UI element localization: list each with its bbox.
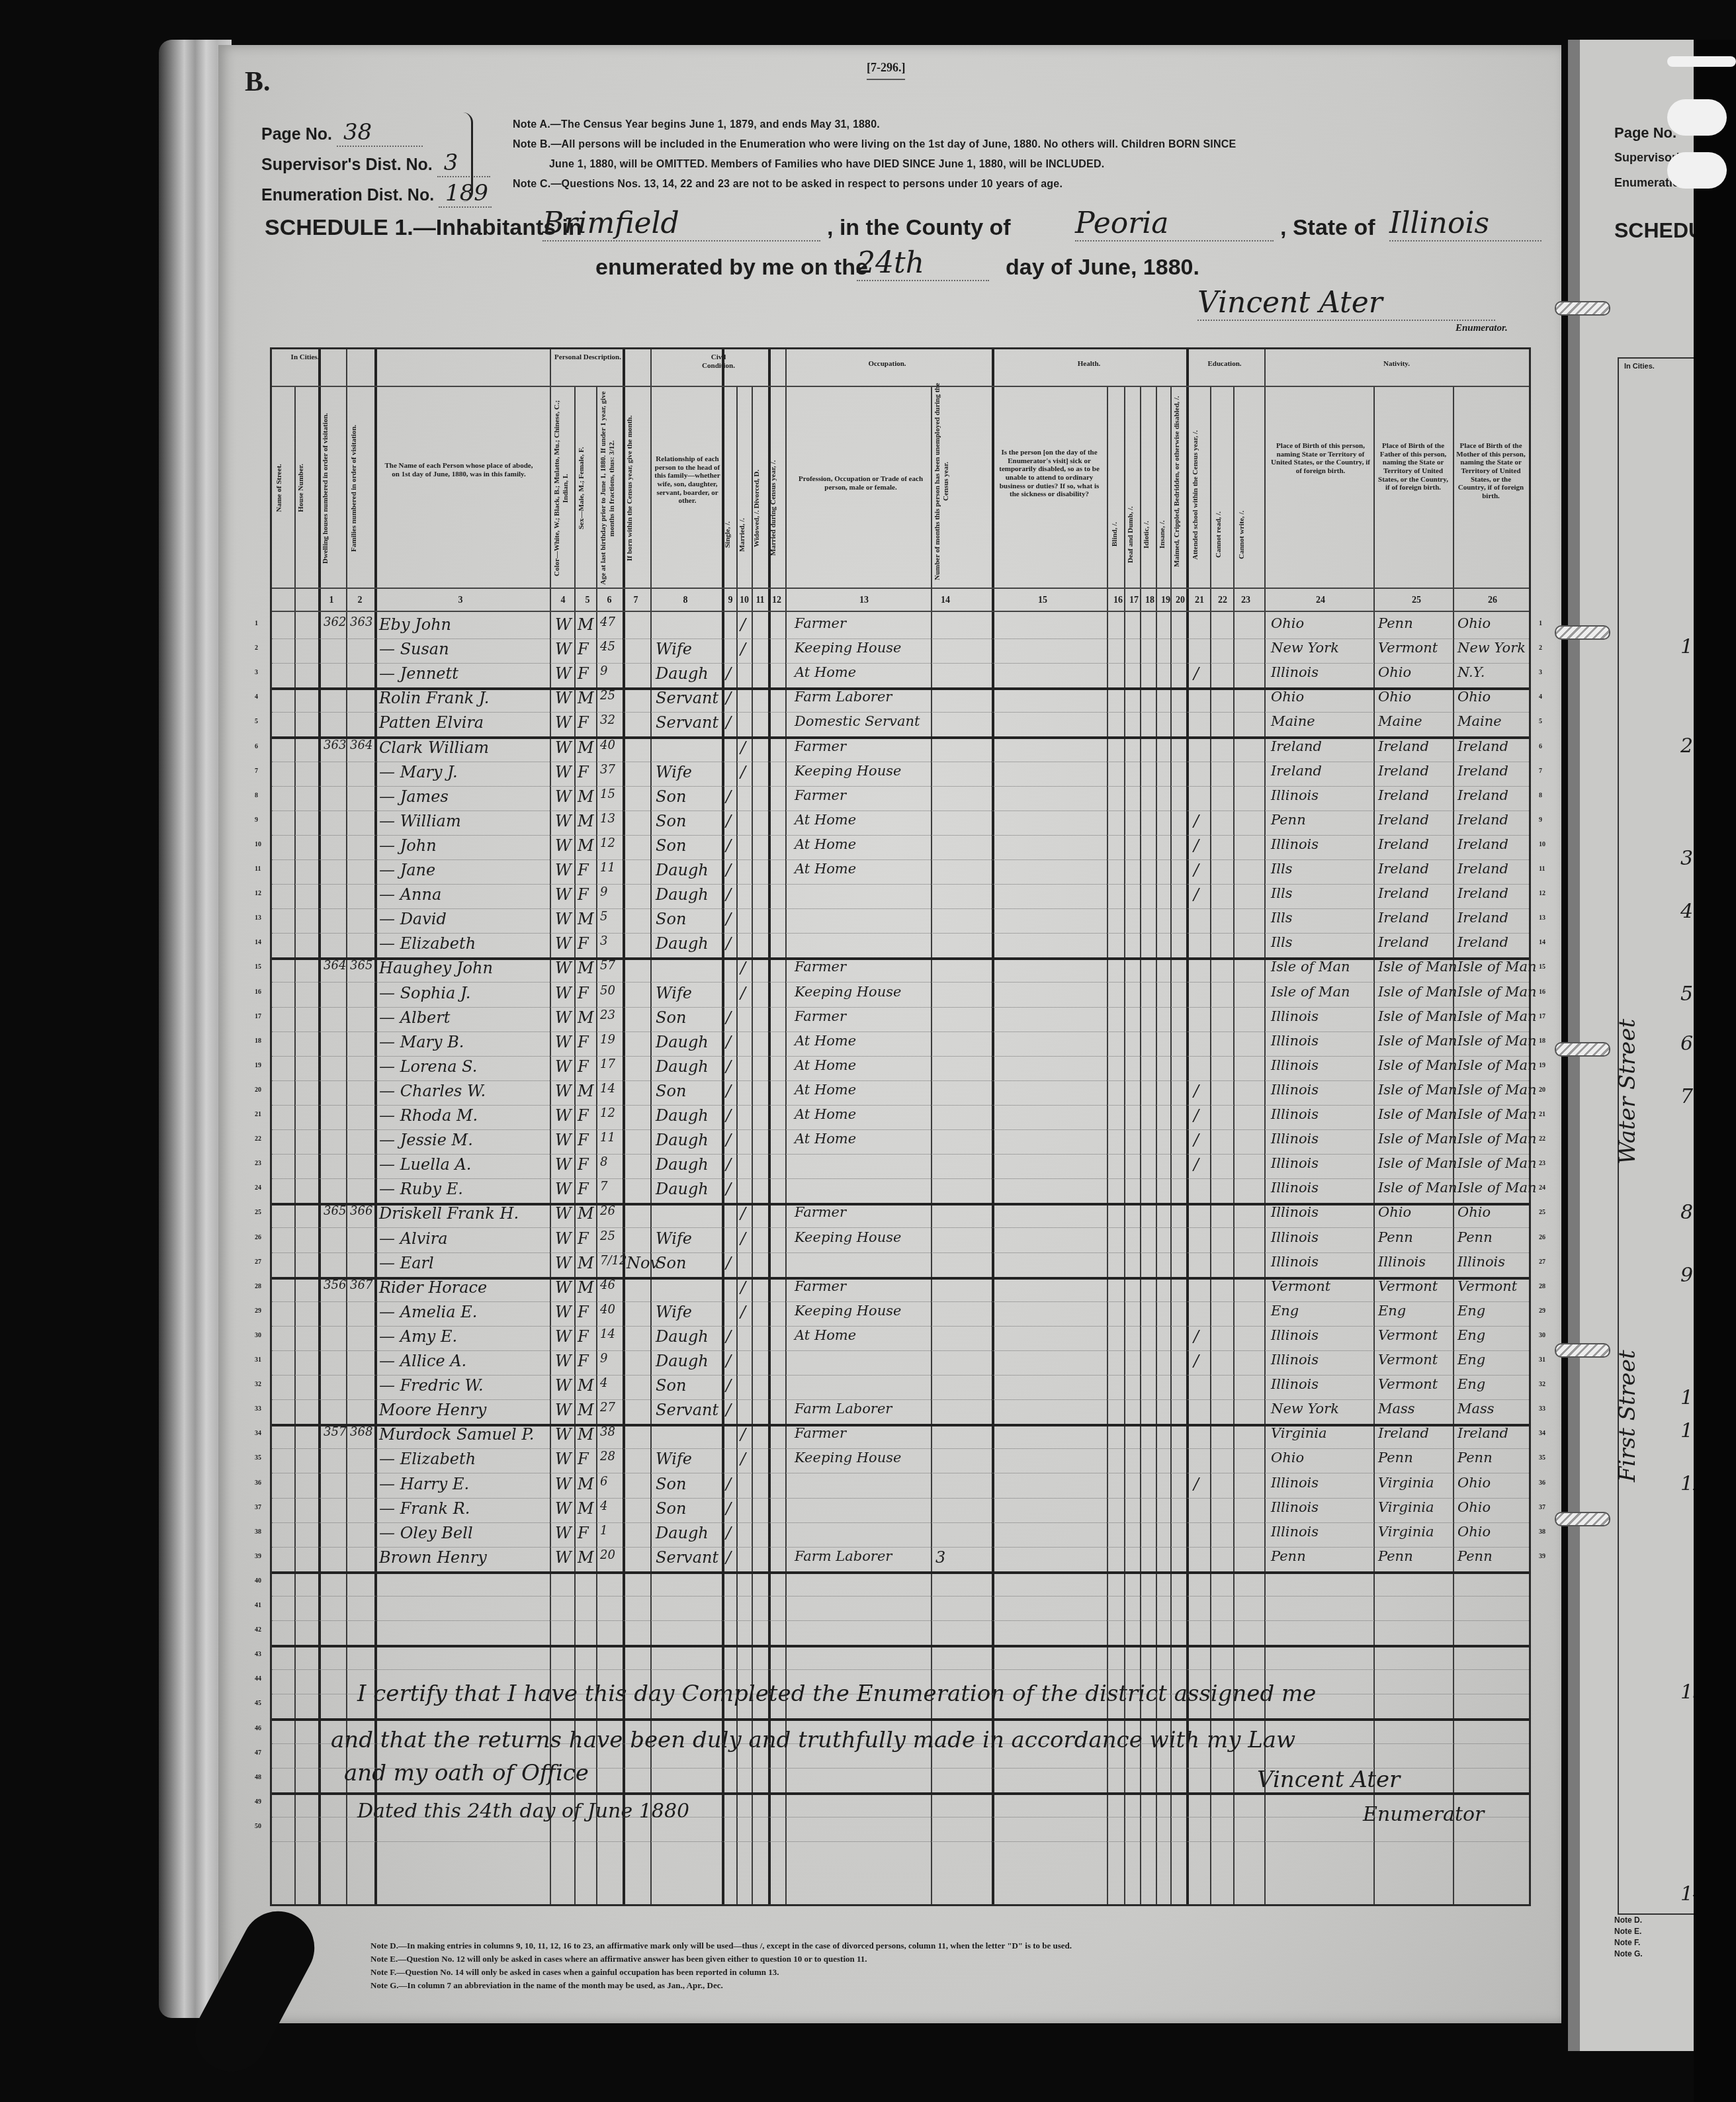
cell-single: /	[726, 1155, 731, 1174]
cell-father: Ireland	[1378, 738, 1429, 754]
cell-mother: Illinois	[1457, 1254, 1505, 1270]
cell-age: 50	[600, 984, 615, 998]
cell-family: 368	[350, 1425, 372, 1439]
cell-color: W	[555, 1548, 572, 1567]
line-number-right: 29	[1539, 1307, 1545, 1315]
cell-mother: Ohio	[1457, 1524, 1491, 1540]
cell-birth: Illinois	[1271, 1057, 1319, 1073]
cell-mother: Ireland	[1457, 787, 1508, 803]
col-blind: Blind, /.	[1111, 482, 1124, 588]
col-age: Age at last birthday prior to June 1, 18…	[599, 389, 619, 588]
line-number: 1	[255, 620, 258, 627]
cell-birth: Ills	[1271, 861, 1293, 877]
cell-color: W	[555, 1155, 572, 1174]
cell-mother: Maine	[1457, 713, 1502, 729]
colnum-7: 7	[626, 595, 646, 606]
table-row: 2323— Luella A.WF8Daugh//IllinoisIsle of…	[272, 1154, 1529, 1178]
line-number: 23	[255, 1160, 261, 1167]
cell-mother: Ireland	[1457, 885, 1508, 901]
cell-age: 3	[600, 934, 607, 948]
cell-color: W	[555, 910, 572, 928]
colnum-17: 17	[1127, 595, 1141, 606]
cell-birth: Illinois	[1271, 1254, 1319, 1270]
colnum-11: 11	[753, 595, 767, 606]
line-number-right: 22	[1539, 1135, 1545, 1143]
cell-sex: M	[578, 787, 594, 806]
cell-birth: Eng	[1271, 1303, 1299, 1319]
cell-married: /	[740, 1303, 746, 1321]
table-row: 1111— JaneWF11Daugh/At Home/IllsIrelandI…	[272, 859, 1529, 884]
cell-single: /	[726, 1401, 731, 1419]
cell-birth: Isle of Man	[1271, 984, 1350, 1000]
group-in-cities: In Cities.	[272, 353, 338, 362]
cell-mother: N.Y.	[1457, 664, 1485, 680]
line-number-right: 39	[1539, 1553, 1545, 1560]
cell-age: 14	[600, 1327, 615, 1341]
cell-father: Ireland	[1378, 812, 1429, 828]
cell-single: /	[726, 1475, 731, 1493]
colnum-16: 16	[1111, 595, 1125, 606]
cell-relation: Wife	[656, 1450, 692, 1468]
cell-father: Isle of Man	[1378, 1082, 1457, 1098]
col-birth-month: If born within the Census year, give the…	[626, 389, 646, 588]
cell-age: 4	[600, 1499, 607, 1513]
cell-name: — Mary B.	[379, 1033, 464, 1051]
cell-married: /	[740, 1425, 746, 1444]
table-row: 2424— Ruby E.WF7Daugh/IllinoisIsle of Ma…	[272, 1178, 1529, 1203]
page-number-field: Page No. 38	[261, 119, 423, 147]
cell-age: 19	[600, 1033, 615, 1047]
cell-occupation: At Home	[795, 836, 856, 852]
group-personal: Personal Description.	[553, 353, 623, 362]
enumerator-signature: Vincent Ater	[1197, 286, 1495, 321]
line-number: 3	[255, 669, 258, 676]
line-number-right: 18	[1539, 1037, 1545, 1045]
footnote-d: Note D.—In making entries in columns 9, …	[370, 1941, 1072, 1951]
group-civil: Civil Condition.	[695, 353, 742, 370]
line-number: 29	[255, 1307, 261, 1315]
cell-relation: Servant	[656, 689, 718, 707]
enum-dist-label: Enumeration Dist. No.	[261, 186, 434, 204]
cell-relation: Son	[656, 1082, 686, 1100]
cell-name: — Elizabeth	[379, 934, 476, 953]
cell-name: — James	[379, 787, 449, 806]
cell-name: — Jennett	[379, 664, 458, 683]
cell-sex: F	[578, 664, 589, 683]
col-married: Married, /.	[738, 482, 752, 588]
cell-relation: Daugh	[656, 1327, 709, 1346]
cell-color: W	[555, 1278, 572, 1297]
cell-age: 14	[600, 1082, 615, 1096]
line-number: 31	[255, 1356, 261, 1364]
cell-color: W	[555, 836, 572, 855]
cell-mother: Isle of Man	[1457, 1180, 1537, 1196]
cell-age: 9	[600, 1352, 607, 1366]
colnum-12: 12	[769, 595, 784, 606]
cell-relation: Wife	[656, 1303, 692, 1321]
cell-age: 11	[600, 861, 615, 875]
cell-occupation: Farmer	[795, 1425, 846, 1441]
cell-mother: Mass	[1457, 1401, 1495, 1417]
footnote-g: Note G.—In column 7 an abbreviation in t…	[370, 1980, 723, 1991]
cell-family: 366	[350, 1204, 372, 1218]
cell-birth: Ireland	[1271, 763, 1322, 779]
cell-married: /	[740, 1278, 746, 1297]
facing-dwelling-number: 8	[1680, 1201, 1693, 1224]
cell-sex: M	[578, 1204, 594, 1223]
cell-sex: F	[578, 861, 589, 879]
cell-occupation: Farmer	[795, 1008, 846, 1024]
cell-birth: Illinois	[1271, 1499, 1319, 1515]
section-letter: B.	[245, 66, 271, 98]
cell-color: W	[555, 1303, 572, 1321]
facing-in-cities: In Cities.	[1624, 363, 1655, 371]
table-row: 2222— Jessie M.WF11Daugh/At Home/Illinoi…	[272, 1129, 1529, 1154]
empty-row: 43	[272, 1645, 1529, 1669]
cell-name: — Susan	[379, 640, 449, 658]
line-number-right: 32	[1539, 1381, 1545, 1388]
county-field: Peoria	[1075, 206, 1274, 241]
cell-color: W	[555, 787, 572, 806]
cell-mother: Ireland	[1457, 910, 1508, 926]
binder-ring	[1555, 625, 1610, 640]
cell-sex: F	[578, 934, 589, 953]
cell-name: — Rhoda M.	[379, 1106, 478, 1125]
cell-age: 37	[600, 763, 615, 777]
supervisor-district-field: Supervisor's Dist. No. 3	[261, 150, 490, 177]
table-row: 1414— ElizabethWF3Daugh/IllsIrelandIrela…	[272, 933, 1529, 957]
cell-occupation: Keeping House	[795, 984, 901, 1000]
cell-color: W	[555, 1475, 572, 1493]
cell-relation: Son	[656, 910, 686, 928]
cell-age: 6	[600, 1475, 607, 1489]
cell-birth: New York	[1271, 640, 1339, 656]
cell-relation: Son	[656, 836, 686, 855]
cell-birth: Vermont	[1271, 1278, 1330, 1294]
line-number-right: 37	[1539, 1504, 1545, 1511]
cell-mother: Isle of Man	[1457, 1131, 1537, 1147]
certification-title: Enumerator	[1363, 1803, 1484, 1826]
cell-relation: Daugh	[656, 1352, 709, 1370]
line-number: 48	[255, 1774, 261, 1781]
cell-single: /	[726, 910, 731, 928]
line-number: 16	[255, 988, 261, 996]
state-label: , State of	[1280, 215, 1375, 241]
line-number: 33	[255, 1405, 261, 1413]
cell-name: — Albert	[379, 1008, 450, 1027]
cell-single: /	[726, 1008, 731, 1027]
cell-color: W	[555, 1425, 572, 1444]
line-number: 46	[255, 1725, 261, 1732]
line-number-right: 2	[1539, 644, 1542, 652]
col-house: House Number.	[297, 389, 316, 588]
facing-dwelling-number: 4	[1680, 900, 1693, 923]
colnum-10: 10	[737, 595, 752, 606]
col-idiotic: Idiotic, /.	[1143, 482, 1156, 588]
cell-birth: Penn	[1271, 812, 1306, 828]
cell-single: /	[726, 1033, 731, 1051]
cell-mother: Ireland	[1457, 934, 1508, 950]
line-number-right: 13	[1539, 914, 1545, 922]
cell-mother: Penn	[1457, 1450, 1493, 1466]
table-row: 11362363Eby JohnWM47/FarmerOhioPennOhio	[272, 614, 1529, 638]
table-row: 1313— DavidWM5Son/IllsIrelandIreland	[272, 908, 1529, 933]
cell-occupation: Farm Laborer	[795, 1548, 892, 1564]
cell-mother: Ohio	[1457, 1204, 1491, 1220]
cell-color: W	[555, 1033, 572, 1051]
cell-occupation: Farmer	[795, 787, 846, 803]
cell-married: /	[740, 615, 746, 634]
cell-occupation: At Home	[795, 1033, 856, 1049]
cell-name: — William	[379, 812, 461, 830]
cell-married: /	[740, 1229, 746, 1248]
col-family: Families numbered in order of visitation…	[350, 389, 369, 588]
cell-color: W	[555, 713, 572, 732]
cell-dwelling: 356	[324, 1278, 346, 1292]
cell-married: /	[740, 640, 746, 658]
cell-father: Ohio	[1378, 664, 1411, 680]
cell-single: /	[726, 861, 731, 879]
cell-sex: F	[578, 713, 589, 732]
cell-father: Ohio	[1378, 689, 1411, 705]
cell-mother: Isle of Man	[1457, 1008, 1537, 1024]
table-row: 1212— AnnaWF9Daugh//IllsIrelandIreland	[272, 884, 1529, 908]
line-number: 5	[255, 718, 258, 725]
cell-age: 12	[600, 836, 615, 850]
cell-color: W	[555, 640, 572, 658]
cell-single: /	[726, 1180, 731, 1198]
cell-single: /	[726, 689, 731, 707]
cell-birth: Maine	[1271, 713, 1315, 729]
colnum-24: 24	[1311, 595, 1330, 606]
line-number: 30	[255, 1332, 261, 1339]
line-number: 41	[255, 1602, 261, 1609]
cell-single: /	[726, 1352, 731, 1370]
line-number-right: 31	[1539, 1356, 1545, 1364]
line-number: 36	[255, 1479, 261, 1487]
colnum-18: 18	[1143, 595, 1157, 606]
cell-color: W	[555, 1327, 572, 1346]
line-number: 11	[255, 865, 261, 873]
cell-color: W	[555, 959, 572, 977]
cell-relation: Daugh	[656, 861, 709, 879]
cell-school: /	[1193, 1082, 1199, 1100]
cell-single: /	[726, 664, 731, 683]
cell-name: — Charles W.	[379, 1082, 486, 1100]
cell-color: W	[555, 1352, 572, 1370]
cell-father: Isle of Man	[1378, 1106, 1457, 1122]
cell-occupation: At Home	[795, 861, 856, 877]
cell-father: Vermont	[1378, 1327, 1438, 1343]
line-number: 19	[255, 1062, 261, 1069]
cell-married: /	[740, 1204, 746, 1223]
cell-sex: F	[578, 763, 589, 781]
cell-mother: Eng	[1457, 1327, 1485, 1343]
line-number-right: 36	[1539, 1479, 1545, 1487]
cell-mother: Vermont	[1457, 1278, 1517, 1294]
table-row: 55Patten ElviraWF32Servant/Domestic Serv…	[272, 712, 1529, 736]
cell-age: 40	[600, 1303, 615, 1317]
cell-single: /	[726, 1499, 731, 1518]
cell-school: /	[1193, 1327, 1199, 1346]
cell-occupation: Keeping House	[795, 763, 901, 779]
cell-sex: M	[578, 1548, 594, 1567]
col-sex: Sex—Male, M.; Female, F.	[578, 389, 596, 588]
col-maimed: Maimed, Crippled, Bedridden, or otherwis…	[1173, 376, 1185, 588]
cell-name: — Jessie M.	[379, 1131, 473, 1149]
cell-sex: F	[578, 1155, 589, 1174]
cell-birth: Illinois	[1271, 1131, 1319, 1147]
cell-father: Vermont	[1378, 1278, 1438, 1294]
cell-occupation: Farmer	[795, 1278, 846, 1294]
binder-ring	[1555, 1512, 1610, 1526]
cell-name: — Jane	[379, 861, 435, 879]
cell-relation: Daugh	[656, 885, 709, 904]
cell-name: — Lorena S.	[379, 1057, 477, 1076]
cell-birth: Isle of Man	[1271, 959, 1350, 975]
table-row: 1919— Lorena S.WF17Daugh/At HomeIllinois…	[272, 1056, 1529, 1080]
cell-mother: Eng	[1457, 1303, 1485, 1319]
colnum-22: 22	[1215, 595, 1231, 606]
cell-father: Virginia	[1378, 1524, 1434, 1540]
cell-father: Ireland	[1378, 1425, 1429, 1441]
cell-occupation: Farmer	[795, 738, 846, 754]
cell-single: /	[726, 1524, 731, 1542]
table-row: 3737— Frank R.WM4Son/IllinoisVirginiaOhi…	[272, 1498, 1529, 1522]
cell-mother: Penn	[1457, 1548, 1493, 1564]
col-attended-school: Attended school within the Census year, …	[1192, 402, 1206, 588]
cell-occupation: Farmer	[795, 615, 846, 631]
colnum-20: 20	[1173, 595, 1188, 606]
cell-name: Clark William	[379, 738, 489, 757]
cell-age: 38	[600, 1425, 615, 1439]
cell-mother: Ireland	[1457, 1425, 1508, 1441]
cell-birth: Illinois	[1271, 1008, 1319, 1024]
cell-sex: F	[578, 640, 589, 658]
cell-name: — Allice A.	[379, 1352, 466, 1370]
cell-color: W	[555, 1401, 572, 1419]
enumerated-label: enumerated by me on the	[595, 255, 868, 281]
col-street: Name of Street.	[275, 389, 294, 588]
cell-color: W	[555, 984, 572, 1002]
cell-relation: Daugh	[656, 1524, 709, 1542]
line-number: 35	[255, 1454, 261, 1462]
cell-birth: Illinois	[1271, 1180, 1319, 1196]
cell-age: 25	[600, 689, 615, 703]
line-number: 8	[255, 792, 258, 799]
col-single: Single, /.	[724, 482, 737, 588]
cell-color: W	[555, 763, 572, 781]
col-unemployed: Number of months this person has been un…	[933, 376, 953, 588]
cell-family: 364	[350, 738, 372, 752]
cell-age: 9	[600, 885, 607, 899]
cell-mother: Isle of Man	[1457, 1057, 1537, 1073]
cell-relation: Daugh	[656, 664, 709, 683]
cell-age: 8	[600, 1155, 607, 1169]
cell-mother: Isle of Man	[1457, 1106, 1537, 1122]
table-row: 1616— Sophia J.WF50Wife/Keeping HouseIsl…	[272, 983, 1529, 1007]
cell-age: 7	[600, 1180, 607, 1194]
binder-ring	[1555, 301, 1610, 316]
certification-line-2: and that the returns have been duly and …	[331, 1727, 1295, 1753]
cell-father: Vermont	[1378, 1352, 1438, 1368]
line-number-right: 6	[1539, 743, 1542, 750]
cell-color: W	[555, 664, 572, 683]
cell-married: /	[740, 738, 746, 757]
cell-name: — Earl	[379, 1254, 434, 1272]
cell-father: Ireland	[1378, 836, 1429, 852]
cell-color: W	[555, 1082, 572, 1100]
empty-row: 40	[272, 1571, 1529, 1596]
cell-occupation: At Home	[795, 812, 856, 828]
cell-mother: Penn	[1457, 1229, 1493, 1245]
col-color: Color—White, W.; Black, B.; Mulatto, Mu.…	[553, 389, 573, 588]
cell-relation: Son	[656, 1376, 686, 1395]
cell-color: W	[555, 812, 572, 830]
cell-name: Patten Elvira	[379, 713, 484, 732]
table-row: 1717— AlbertWM23Son/FarmerIllinoisIsle o…	[272, 1007, 1529, 1031]
table-row: 2020— Charles W.WM14Son/At Home/Illinois…	[272, 1080, 1529, 1105]
cell-occupation: Domestic Servant	[795, 713, 920, 729]
col-cannot-read: Cannot read, /.	[1215, 482, 1229, 588]
cell-single: /	[726, 836, 731, 855]
certification-dated: Dated this 24th day of June 1880	[357, 1800, 689, 1823]
col-dwelling: Dwelling houses numbered in order of vis…	[322, 389, 340, 588]
cell-birth: Illinois	[1271, 1327, 1319, 1343]
cell-name: — Elizabeth	[379, 1450, 476, 1468]
col-occupation: Profession, Occupation or Trade of each …	[795, 475, 927, 492]
table-row: 2626— AlviraWF25Wife/Keeping HouseIllino…	[272, 1228, 1529, 1252]
census-table: In Cities. Personal Description. Civil C…	[270, 347, 1531, 1906]
supervisor-label: Supervisor's Dist. No.	[261, 155, 433, 174]
cell-age: 25	[600, 1229, 615, 1243]
cell-sex: F	[578, 1033, 589, 1051]
table-row: 3535— ElizabethWF28Wife/Keeping HouseOhi…	[272, 1448, 1529, 1473]
table-row: 3030— Amy E.WF14Daugh/At Home/IllinoisVe…	[272, 1326, 1529, 1350]
cell-father: Isle of Man	[1378, 984, 1457, 1000]
cell-color: W	[555, 738, 572, 757]
cell-birth: Ohio	[1271, 689, 1304, 705]
line-number-right: 35	[1539, 1454, 1545, 1462]
facing-dwelling-number: 1	[1680, 635, 1693, 658]
line-number-right: 19	[1539, 1062, 1545, 1069]
cell-sex: M	[578, 910, 594, 928]
cell-birth: Illinois	[1271, 836, 1319, 852]
cell-mother: Isle of Man	[1457, 1033, 1537, 1049]
page-no-value: 38	[337, 119, 423, 147]
day-suffix: day of June, 1880.	[1006, 255, 1199, 281]
group-nativity: Nativity.	[1264, 360, 1529, 369]
cell-birth: Illinois	[1271, 664, 1319, 680]
cell-relation: Son	[656, 787, 686, 806]
line-number: 37	[255, 1504, 261, 1511]
cell-name: Rolin Frank J.	[379, 689, 489, 707]
facing-page-no: Page No.	[1614, 124, 1676, 142]
col-cannot-write: Cannot write, /.	[1238, 482, 1252, 588]
cell-occupation: At Home	[795, 664, 856, 680]
cell-occupation: Farmer	[795, 959, 846, 975]
line-number-right: 4	[1539, 693, 1542, 701]
cell-mother: Eng	[1457, 1376, 1485, 1392]
cell-birth: Ohio	[1271, 615, 1304, 631]
cell-color: W	[555, 1229, 572, 1248]
cell-age: 32	[600, 713, 615, 727]
cell-sex: F	[578, 1450, 589, 1468]
table-row: 3636— Harry E.WM6Son//IllinoisVirginiaOh…	[272, 1473, 1529, 1498]
col-birthplace: Place of Birth of this person, naming St…	[1271, 442, 1370, 476]
table-row: 2727— EarlWM7/12NovSon/IllinoisIllinoisI…	[272, 1252, 1529, 1277]
cell-occupation: Keeping House	[795, 1303, 901, 1319]
